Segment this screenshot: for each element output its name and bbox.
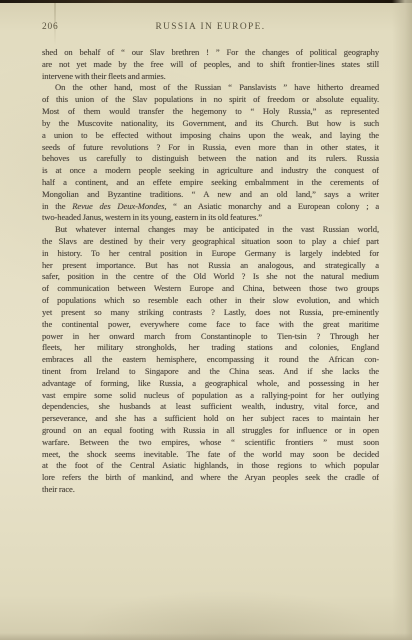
text-line: tinent from Ireland to Singapore and the… [42,366,379,378]
text-line: shed on behalf of “ our Slav brethren ! … [42,47,379,59]
journal-title-italic: Revue des Deux-Mondes [72,201,164,211]
text-line: in the Revue des Deux-Mondes, “ an Asiat… [42,201,379,213]
text-line: safer, position in the centre of the Old… [42,271,379,283]
page-header-row: 206 RUSSIA IN EUROPE. [42,22,379,34]
text-line: are not yet made by the free will of peo… [42,59,379,71]
text-line: at the foot of the Central Asiatic highl… [42,460,379,472]
scan-top-edge [0,0,412,3]
page-body: shed on behalf of “ our Slav brethren ! … [42,47,379,496]
text-line: is at once a modern people seeking in ag… [42,165,379,177]
paper-crease [54,0,56,46]
text-line: lore refers the birth of mankind, and wh… [42,472,379,484]
text-line: two-headed Janus, western in its young, … [42,212,379,224]
text-line: their race. [42,484,379,496]
text-line: power in her onward march from Constanti… [42,331,379,343]
scanned-book-page: 206 RUSSIA IN EUROPE. shed on behalf of … [0,0,412,640]
page-bottom-edge-shadow [0,633,412,640]
text-line: intervene with their fleets and armies. [42,71,379,83]
text-line: fleets, her military strongholds, her tr… [42,342,379,354]
text-line: a union to be effected without imposing … [42,130,379,142]
text-line: vast empire some solid nucleus of popula… [42,390,379,402]
text-line: ground on an equal footing with Russia i… [42,425,379,437]
text-line: yet present so many striking contrasts ?… [42,307,379,319]
text-line: seeds of future revolutions ? For in Rus… [42,142,379,154]
text-line: in history. To her central position in E… [42,248,379,260]
text-line: her present importance. But has not Russ… [42,260,379,272]
text-line: of communication between Western Europe … [42,283,379,295]
text-line: the Slavs are destined by their very geo… [42,236,379,248]
text-line: Most of them would transfer the hegemony… [42,106,379,118]
text-line: behoves us carefully to distinguish betw… [42,153,379,165]
text-line: meet, the shock seems inevitable. The fa… [42,449,379,461]
text-line: advantage of forming, like Russia, a geo… [42,378,379,390]
text-line: the continental power, everywhere come f… [42,319,379,331]
text-line: dependencies, she husbands at least suff… [42,401,379,413]
text-line: Mongolian and Byzantine traditions. “ A … [42,189,379,201]
running-header: RUSSIA IN EUROPE. [42,22,379,32]
text-line: embraces all the eastern hemisphere, enc… [42,354,379,366]
text-line: perseverance, and she has a sufficient h… [42,413,379,425]
text-line: by the Muscovite nationality, its Govern… [42,118,379,130]
text-line: But whatever internal changes may be ant… [42,224,379,236]
text-line: of this union of the Slav populations in… [42,94,379,106]
text-line: half a continent, and an effete empire s… [42,177,379,189]
text-line: On the other hand, most of the Russian “… [42,82,379,94]
page-right-edge-shadow [392,0,412,640]
text-line: of populations which so resemble each ot… [42,295,379,307]
text-line: warfare. Between the two empires, whose … [42,437,379,449]
